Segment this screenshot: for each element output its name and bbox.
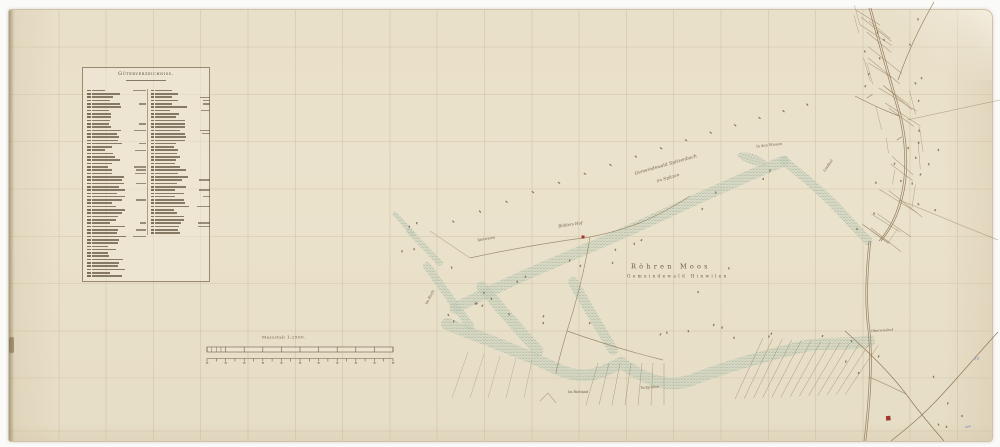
legend-column-left xyxy=(87,89,146,278)
sheet-left-edge-shadow xyxy=(9,10,15,441)
legend-box: Güterverzeichniss. xyxy=(82,67,210,282)
legend-row xyxy=(151,231,210,234)
legend-row xyxy=(87,275,146,278)
legend-title-rule xyxy=(126,80,166,81)
screenshot-background: Güterverzeichniss. Massstab 1:2500. Röhr… xyxy=(0,0,1000,447)
edge-blotch xyxy=(9,337,14,353)
legend-title: Güterverzeichniss. xyxy=(83,71,209,77)
legend-column-right xyxy=(147,89,210,235)
corner-discoloration xyxy=(872,10,992,80)
